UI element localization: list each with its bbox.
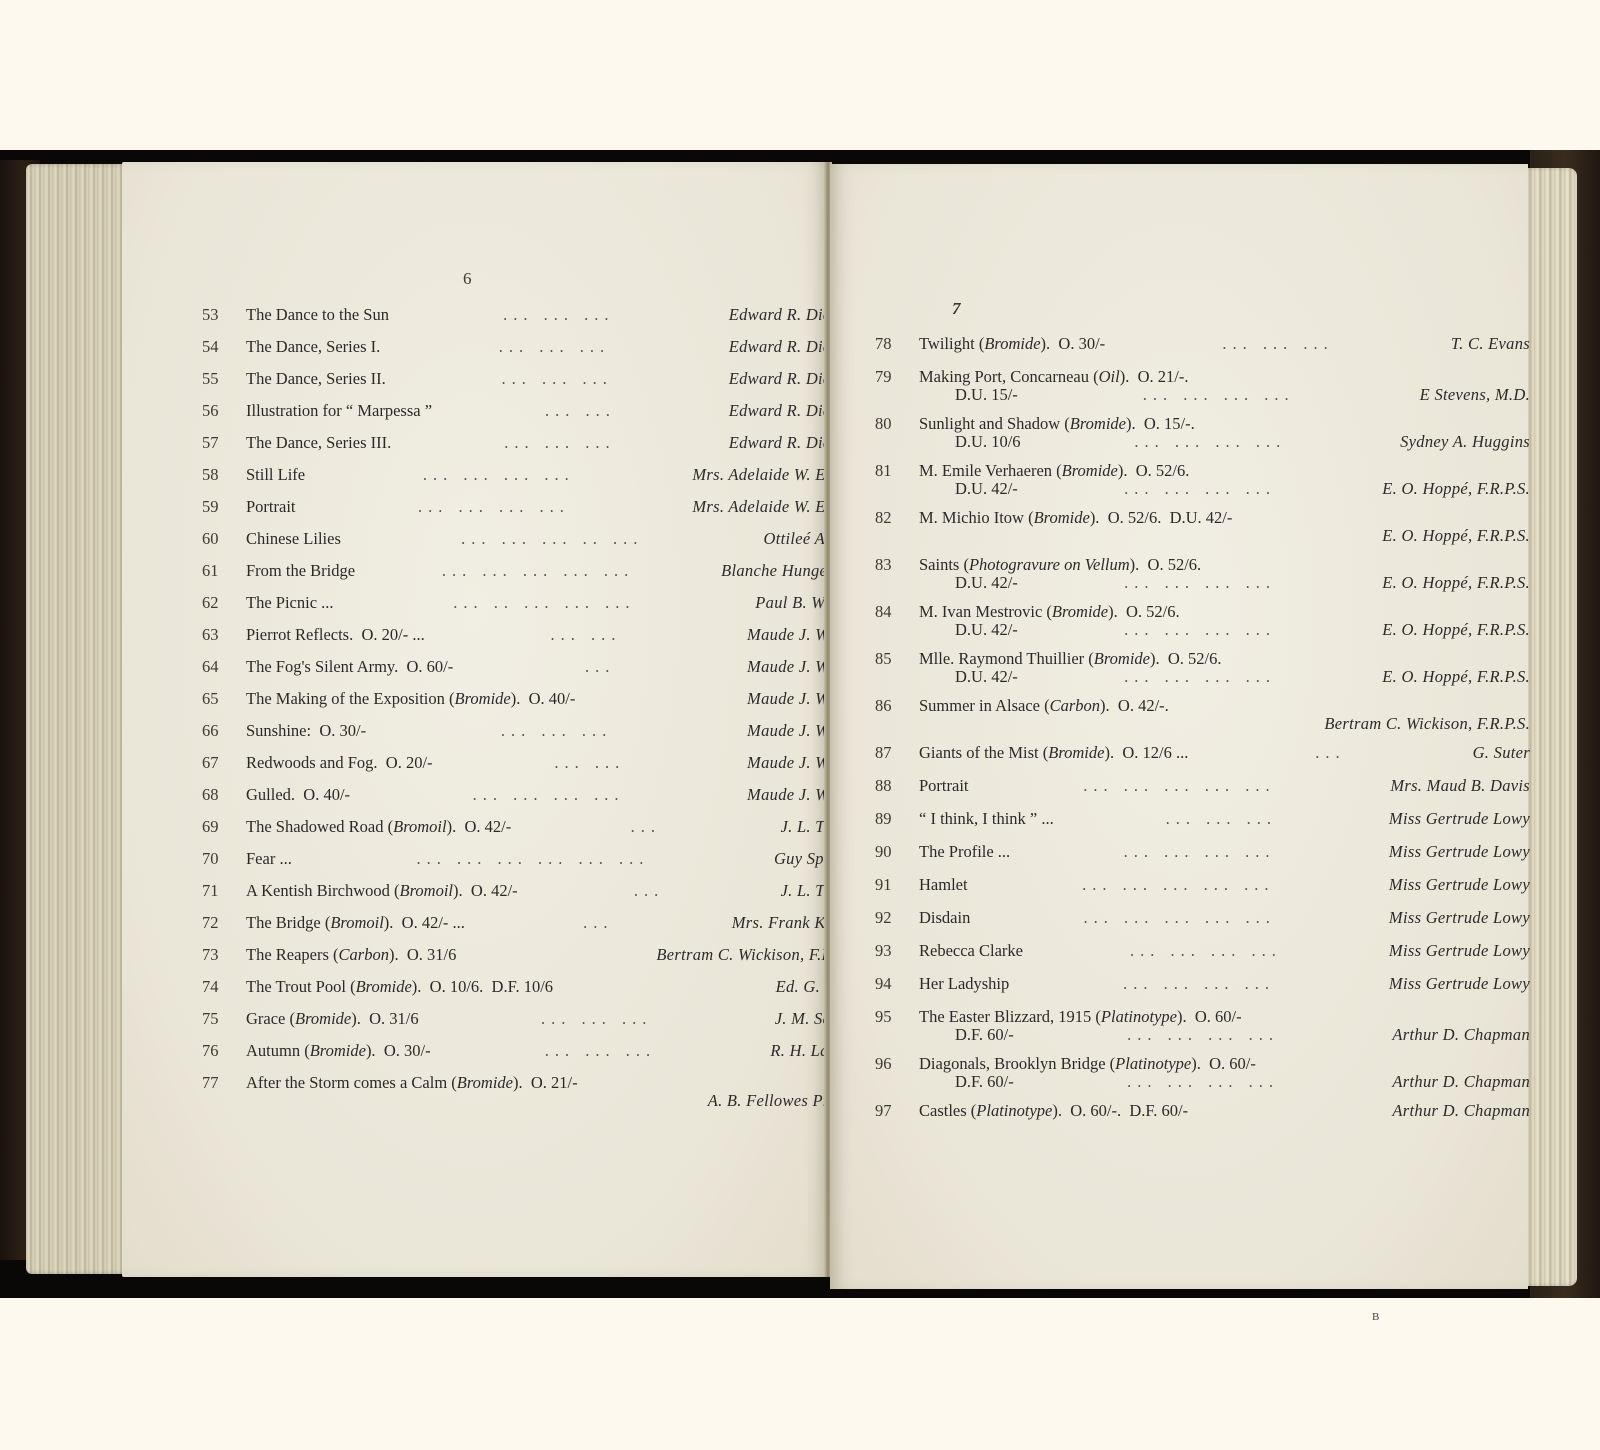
entry-line: The Trout Pool (Bromide). O. 10/6. D.F. …	[202, 977, 862, 997]
entry-title: Pierrot Reflects. O. 20/- ...	[246, 625, 425, 645]
entry-price: O. 40/-	[295, 785, 350, 804]
entry-author: E. O. Hoppé, F.R.P.S.	[1382, 573, 1530, 593]
entry-line: M. Ivan Mestrovic (Bromide). O. 52/6.	[875, 602, 1530, 622]
entry-author: E. O. Hoppé, F.R.P.S.	[1382, 667, 1530, 687]
entry-title: The Dance to the Sun	[246, 305, 389, 325]
catalogue-entry: 92 Disdain ... ... ... ... ... Miss Gert…	[875, 908, 1530, 928]
entry-price-secondary: D.U. 42/-	[955, 667, 1018, 687]
entry-title: The Easter Blizzard, 1915 (Platinotype).…	[919, 1007, 1242, 1027]
dot-leader: ... ... ... ...	[1023, 941, 1389, 961]
catalogue-entry: 86 Summer in Alsace (Carbon). O. 42/-. B…	[875, 696, 1530, 734]
entry-author: E Stevens, M.D.	[1420, 385, 1530, 405]
entry-title: The Fog's Silent Army. O. 60/-	[246, 657, 453, 677]
entry-price: O. 40/-	[520, 689, 575, 708]
dot-leader: ... ... ... ...	[1021, 432, 1401, 452]
catalogue-entry: 68 Gulled. O. 40/- ... ... ... ... Maude…	[202, 785, 862, 805]
entry-number: 85	[875, 649, 905, 669]
entry-price: O. 31/6	[361, 1009, 419, 1028]
catalogue-entry: 72 The Bridge (Bromoil). O. 42/- ... ...…	[202, 913, 862, 933]
dot-leader: ... ... ...	[389, 305, 729, 325]
entry-medium: Carbon	[1050, 696, 1100, 715]
catalogue-entry: 76 Autumn (Bromide). O. 30/- ... ... ...…	[202, 1041, 862, 1061]
entry-medium: Bromide	[1062, 461, 1118, 480]
dot-leader: ... ... ...	[1105, 334, 1451, 354]
dot-leader: ... ... ...	[380, 337, 729, 357]
entry-price-secondary: D.F. 60/-	[955, 1025, 1014, 1045]
entry-price: O. 42/-.	[1110, 696, 1169, 715]
entry-author: Arthur D. Chapman	[1392, 1101, 1530, 1121]
entry-medium: Carbon	[339, 945, 389, 964]
page-number: 7	[952, 299, 961, 319]
entry-number: 68	[202, 785, 232, 805]
entry-author: Miss Gertrude Lowy	[1389, 809, 1530, 829]
entry-medium: Bromide	[455, 689, 511, 708]
dot-leader: ...	[1188, 743, 1472, 763]
entry-price: O. 52/6.	[1128, 461, 1190, 480]
catalogue-entry: 54 The Dance, Series I. ... ... ... Edwa…	[202, 337, 862, 357]
entry-line-continuation: D.U. 15/- ... ... ... ... E Stevens, M.D…	[875, 385, 1530, 405]
entry-number: 86	[875, 696, 905, 716]
entry-number: 60	[202, 529, 232, 549]
entry-title: The Bridge (Bromoil). O. 42/- ...	[246, 913, 465, 933]
entry-title: Still Life	[246, 465, 305, 485]
entry-line-continuation: Bertram C. Wickison, F.R.P.S.	[875, 714, 1530, 734]
entry-price: O. 20/-	[378, 753, 433, 772]
entry-price: O. 42/- ...	[393, 913, 465, 932]
dot-leader: ...	[453, 657, 747, 677]
entry-title: A Kentish Birchwood (Bromoil). O. 42/-	[246, 881, 518, 901]
entry-title: The Making of the Exposition (Bromide). …	[246, 689, 575, 709]
catalogue-entry: 63 Pierrot Reflects. O. 20/- ... ... ...…	[202, 625, 862, 645]
catalogue-list: 78 Twilight (Bromide). O. 30/- ... ... .…	[875, 334, 1530, 1134]
entry-price: O. 60/-	[398, 657, 453, 676]
entry-number: 63	[202, 625, 232, 645]
entry-line: Hamlet ... ... ... ... ... Miss Gertrude…	[875, 875, 1530, 895]
catalogue-entry: 74 The Trout Pool (Bromide). O. 10/6. D.…	[202, 977, 862, 997]
dot-leader: ... ... ... ...	[1018, 620, 1382, 640]
entry-number: 91	[875, 875, 905, 895]
catalogue-entry: 56 Illustration for “ Marpessa ” ... ...…	[202, 401, 862, 421]
catalogue-entry: 79 Making Port, Concarneau (Oil). O. 21/…	[875, 367, 1530, 405]
dot-leader: ... ... ...	[1054, 809, 1389, 829]
dot-leader: ... ... ... ...	[350, 785, 747, 805]
catalogue-entry: 77 After the Storm comes a Calm (Bromide…	[202, 1073, 862, 1111]
entry-line: After the Storm comes a Calm (Bromide). …	[202, 1073, 862, 1093]
entry-medium: Bromide	[1094, 649, 1150, 668]
entry-line: Chinese Lilies ... ... ... .. ... Ottile…	[202, 529, 862, 549]
entry-author: E. O. Hoppé, F.R.P.S.	[1382, 479, 1530, 499]
entry-line-continuation: D.U. 10/6 ... ... ... ... Sydney A. Hugg…	[875, 432, 1530, 452]
entry-line: The Making of the Exposition (Bromide). …	[202, 689, 862, 709]
entry-number: 74	[202, 977, 232, 997]
entry-price: O. 60/-. D.F. 60/-	[1062, 1101, 1188, 1120]
catalogue-entry: 59 Portrait ... ... ... ... Mrs. Adelaid…	[202, 497, 862, 517]
entry-title: M. Emile Verhaeren (Bromide). O. 52/6.	[919, 461, 1189, 481]
catalogue-entry: 69 The Shadowed Road (Bromoil). O. 42/- …	[202, 817, 862, 837]
entry-number: 73	[202, 945, 232, 965]
entry-title: Her Ladyship	[919, 974, 1009, 994]
entry-line: Autumn (Bromide). O. 30/- ... ... ... R.…	[202, 1041, 862, 1061]
entry-line: Portrait ... ... ... ... ... Mrs. Maud B…	[875, 776, 1530, 796]
entry-number: 64	[202, 657, 232, 677]
entry-line: Making Port, Concarneau (Oil). O. 21/-.	[875, 367, 1530, 387]
right-page: 7 78 Twilight (Bromide). O. 30/- ... ...…	[830, 164, 1528, 1289]
entry-author: Miss Gertrude Lowy	[1389, 941, 1530, 961]
entry-price: O. 42/-	[456, 817, 511, 836]
entry-line: Pierrot Reflects. O. 20/- ... ... ... Ma…	[202, 625, 862, 645]
catalogue-entry: 73 The Reapers (Carbon). O. 31/6 Bertram…	[202, 945, 862, 965]
dot-leader: ...	[511, 817, 780, 837]
catalogue-entry: 80 Sunlight and Shadow (Bromide). O. 15/…	[875, 414, 1530, 452]
entry-price-secondary: D.U. 15/-	[955, 385, 1018, 405]
entry-price: O. 52/6.	[1118, 602, 1180, 621]
entry-title: Castles (Platinotype). O. 60/-. D.F. 60/…	[919, 1101, 1188, 1121]
catalogue-entry: 94 Her Ladyship ... ... ... ... Miss Ger…	[875, 974, 1530, 994]
dot-leader: ... ... ... ... ...	[968, 875, 1389, 895]
entry-medium: Oil	[1099, 367, 1120, 386]
entry-line: Fear ... ... ... ... ... ... ... Guy Spe…	[202, 849, 862, 869]
dot-leader: ... ... ... ...	[305, 465, 692, 485]
entry-number: 53	[202, 305, 232, 325]
entry-line: From the Bridge ... ... ... ... ... Blan…	[202, 561, 862, 581]
dot-leader: ... ... ...	[431, 1041, 771, 1061]
entry-number: 72	[202, 913, 232, 933]
entry-number: 78	[875, 334, 905, 354]
entry-number: 55	[202, 369, 232, 389]
catalogue-entry: 96 Diagonals, Brooklyn Bridge (Platinoty…	[875, 1054, 1530, 1092]
entry-title: The Dance, Series II.	[246, 369, 386, 389]
signature-mark: B	[1372, 1311, 1379, 1323]
entry-title: Summer in Alsace (Carbon). O. 42/-.	[919, 696, 1169, 716]
entry-medium: Bromoil	[393, 817, 446, 836]
entry-author: G. Suter	[1473, 743, 1530, 763]
entry-line: The Dance, Series III. ... ... ... Edwar…	[202, 433, 862, 453]
entry-title: The Dance, Series III.	[246, 433, 391, 453]
catalogue-entry: 93 Rebecca Clarke ... ... ... ... Miss G…	[875, 941, 1530, 961]
catalogue-entry: 88 Portrait ... ... ... ... ... Mrs. Mau…	[875, 776, 1530, 796]
entry-line-continuation: D.U. 42/- ... ... ... ... E. O. Hoppé, F…	[875, 479, 1530, 499]
dot-leader: ... ...	[433, 753, 748, 773]
catalogue-entry: 55 The Dance, Series II. ... ... ... Edw…	[202, 369, 862, 389]
entry-medium: Platinotype	[976, 1101, 1052, 1120]
entry-author: Arthur D. Chapman	[1392, 1072, 1530, 1092]
entry-line: Still Life ... ... ... ... Mrs. Adelaide…	[202, 465, 862, 485]
entry-line: The Dance, Series II. ... ... ... Edward…	[202, 369, 862, 389]
entry-number: 94	[875, 974, 905, 994]
entry-price: O. 60/-	[1201, 1054, 1256, 1073]
page-edges-right	[1525, 168, 1577, 1286]
entry-price: O. 52/6. D.U. 42/-	[1099, 508, 1232, 527]
entry-number: 65	[202, 689, 232, 709]
catalogue-entry: 78 Twilight (Bromide). O. 30/- ... ... .…	[875, 334, 1530, 354]
catalogue-entry: 65 The Making of the Exposition (Bromide…	[202, 689, 862, 709]
entry-number: 90	[875, 842, 905, 862]
entry-title: Mlle. Raymond Thuillier (Bromide). O. 52…	[919, 649, 1221, 669]
catalogue-entry: 87 Giants of the Mist (Bromide). O. 12/6…	[875, 743, 1530, 763]
entry-line: Castles (Platinotype). O. 60/-. D.F. 60/…	[875, 1101, 1530, 1121]
dot-leader: ... ... ... ...	[1018, 667, 1382, 687]
catalogue-entry: 82 M. Michio Itow (Bromide). O. 52/6. D.…	[875, 508, 1530, 546]
entry-title: Illustration for “ Marpessa ”	[246, 401, 432, 421]
entry-number: 96	[875, 1054, 905, 1074]
entry-author: T. C. Evans	[1451, 334, 1530, 354]
entry-line: Redwoods and Fog. O. 20/- ... ... Maude …	[202, 753, 862, 773]
entry-line: Mlle. Raymond Thuillier (Bromide). O. 52…	[875, 649, 1530, 669]
entry-line: Sunlight and Shadow (Bromide). O. 15/-.	[875, 414, 1530, 434]
dot-leader: ... ... ...	[391, 433, 729, 453]
catalogue-entry: 67 Redwoods and Fog. O. 20/- ... ... Mau…	[202, 753, 862, 773]
entry-line: Twilight (Bromide). O. 30/- ... ... ... …	[875, 334, 1530, 354]
dot-leader: ... ... ...	[419, 1009, 775, 1029]
catalogue-entry: 61 From the Bridge ... ... ... ... ... B…	[202, 561, 862, 581]
entry-medium: Bromoil	[330, 913, 383, 932]
catalogue-entry: 71 A Kentish Birchwood (Bromoil). O. 42/…	[202, 881, 862, 901]
entry-line: Her Ladyship ... ... ... ... Miss Gertru…	[875, 974, 1530, 994]
entry-medium: Bromide	[295, 1009, 351, 1028]
entry-number: 93	[875, 941, 905, 961]
catalogue-entry: 60 Chinese Lilies ... ... ... .. ... Ott…	[202, 529, 862, 549]
entry-line: Saints (Photogravure on Vellum). O. 52/6…	[875, 555, 1530, 575]
entry-line-continuation: D.U. 42/- ... ... ... ... E. O. Hoppé, F…	[875, 620, 1530, 640]
entry-line: The Shadowed Road (Bromoil). O. 42/- ...…	[202, 817, 862, 837]
entry-title: The Reapers (Carbon). O. 31/6	[246, 945, 456, 965]
entry-author: Miss Gertrude Lowy	[1389, 875, 1530, 895]
entry-line: The Dance to the Sun ... ... ... Edward …	[202, 305, 862, 325]
entry-author: Miss Gertrude Lowy	[1389, 842, 1530, 862]
catalogue-entry: 58 Still Life ... ... ... ... Mrs. Adela…	[202, 465, 862, 485]
entry-medium: Photogravure on Vellum	[969, 555, 1130, 574]
entry-line: Gulled. O. 40/- ... ... ... ... Maude J.…	[202, 785, 862, 805]
entry-line: The Bridge (Bromoil). O. 42/- ... ... Mr…	[202, 913, 862, 933]
page-number: 6	[463, 269, 472, 289]
dot-leader: ...	[518, 881, 781, 901]
catalogue-entry: 53 The Dance to the Sun ... ... ... Edwa…	[202, 305, 862, 325]
catalogue-entry: 97 Castles (Platinotype). O. 60/-. D.F. …	[875, 1101, 1530, 1121]
entry-line: Illustration for “ Marpessa ” ... ... Ed…	[202, 401, 862, 421]
entry-line: Portrait ... ... ... ... Mrs. Adelaide W…	[202, 497, 862, 517]
dot-leader: ... ...	[425, 625, 747, 645]
entry-title: The Dance, Series I.	[246, 337, 380, 357]
entry-line: Summer in Alsace (Carbon). O. 42/-.	[875, 696, 1530, 716]
entry-line: The Fog's Silent Army. O. 60/- ... Maude…	[202, 657, 862, 677]
entry-title: Gulled. O. 40/-	[246, 785, 350, 805]
entry-price-secondary: D.U. 10/6	[955, 432, 1021, 452]
entry-author: Arthur D. Chapman	[1392, 1025, 1530, 1045]
entry-title: Portrait	[246, 497, 296, 517]
open-book: 6 53 The Dance to the Sun ... ... ... Ed…	[0, 150, 1600, 1298]
entry-author: Bertram C. Wickison, F.R.P.S.	[1324, 714, 1530, 734]
entry-number: 66	[202, 721, 232, 741]
catalogue-entry: 84 M. Ivan Mestrovic (Bromide). O. 52/6.…	[875, 602, 1530, 640]
catalogue-entry: 70 Fear ... ... ... ... ... ... ... Guy …	[202, 849, 862, 869]
entry-price: O. 10/6. D.F. 10/6	[421, 977, 553, 996]
entry-title: Redwoods and Fog. O. 20/-	[246, 753, 433, 773]
entry-medium: Platinotype	[1115, 1054, 1191, 1073]
entry-author: E. O. Hoppé, F.R.P.S.	[1382, 526, 1530, 546]
entry-title: Making Port, Concarneau (Oil). O. 21/-.	[919, 367, 1188, 387]
entry-medium: Bromide	[984, 334, 1040, 353]
page-edges-left	[26, 164, 126, 1274]
entry-title: M. Ivan Mestrovic (Bromide). O. 52/6.	[919, 602, 1180, 622]
entry-line-continuation: D.F. 60/- ... ... ... ... Arthur D. Chap…	[875, 1072, 1530, 1092]
entry-price: O. 15/-.	[1136, 414, 1195, 433]
entry-number: 84	[875, 602, 905, 622]
entry-price: O. 60/-	[1187, 1007, 1242, 1026]
entry-price: O. 21/-.	[1129, 367, 1188, 386]
entry-price: O. 12/6 ...	[1114, 743, 1188, 762]
entry-title: Grace (Bromide). O. 31/6	[246, 1009, 419, 1029]
catalogue-entry: 57 The Dance, Series III. ... ... ... Ed…	[202, 433, 862, 453]
entry-number: 57	[202, 433, 232, 453]
entry-number: 80	[875, 414, 905, 434]
dot-leader: ... ... ... ...	[1018, 385, 1420, 405]
entry-price: O. 30/-	[311, 721, 366, 740]
entry-number: 75	[202, 1009, 232, 1029]
catalogue-entry: 64 The Fog's Silent Army. O. 60/- ... Ma…	[202, 657, 862, 677]
entry-author: Miss Gertrude Lowy	[1389, 974, 1530, 994]
entry-title: Hamlet	[919, 875, 968, 895]
dot-leader: ... ... ... ...	[1018, 573, 1382, 593]
entry-number: 71	[202, 881, 232, 901]
entry-number: 89	[875, 809, 905, 829]
entry-price: O. 42/-	[463, 881, 518, 900]
entry-title: From the Bridge	[246, 561, 355, 581]
entry-title: Fear ...	[246, 849, 292, 869]
entry-line: A Kentish Birchwood (Bromoil). O. 42/- .…	[202, 881, 862, 901]
dot-leader: ... ... ... ... ...	[355, 561, 721, 581]
entry-title: Disdain	[919, 908, 970, 928]
entry-title: After the Storm comes a Calm (Bromide). …	[246, 1073, 578, 1093]
entry-line: The Reapers (Carbon). O. 31/6 Bertram C.…	[202, 945, 862, 965]
dot-leader: ... ...	[432, 401, 729, 421]
entry-title: Saints (Photogravure on Vellum). O. 52/6…	[919, 555, 1201, 575]
entry-price: O. 52/6.	[1160, 649, 1222, 668]
catalogue-entry: 85 Mlle. Raymond Thuillier (Bromide). O.…	[875, 649, 1530, 687]
catalogue-list: 53 The Dance to the Sun ... ... ... Edwa…	[202, 305, 862, 1123]
entry-number: 69	[202, 817, 232, 837]
dot-leader: ... .. ... ... ...	[334, 593, 756, 613]
entry-number: 62	[202, 593, 232, 613]
entry-number: 70	[202, 849, 232, 869]
entry-title: “ I think, I think ” ...	[919, 809, 1054, 829]
dot-leader: ... ... ... ...	[1010, 842, 1389, 862]
entry-line: The Dance, Series I. ... ... ... Edward …	[202, 337, 862, 357]
entry-number: 83	[875, 555, 905, 575]
entry-number: 82	[875, 508, 905, 528]
catalogue-entry: 91 Hamlet ... ... ... ... ... Miss Gertr…	[875, 875, 1530, 895]
entry-line-continuation: E. O. Hoppé, F.R.P.S.	[875, 526, 1530, 546]
entry-title: Portrait	[919, 776, 969, 796]
entry-price: O. 52/6.	[1139, 555, 1201, 574]
entry-title: The Picnic ...	[246, 593, 334, 613]
entry-medium: Bromoil	[400, 881, 453, 900]
entry-line-continuation: D.F. 60/- ... ... ... ... Arthur D. Chap…	[875, 1025, 1530, 1045]
entry-price-secondary: D.U. 42/-	[955, 620, 1018, 640]
catalogue-entry: 83 Saints (Photogravure on Vellum). O. 5…	[875, 555, 1530, 593]
dot-leader: ... ... ... ...	[1014, 1025, 1393, 1045]
entry-line: M. Michio Itow (Bromide). O. 52/6. D.U. …	[875, 508, 1530, 528]
entry-number: 95	[875, 1007, 905, 1027]
entry-title: Sunlight and Shadow (Bromide). O. 15/-.	[919, 414, 1195, 434]
entry-title: M. Michio Itow (Bromide). O. 52/6. D.U. …	[919, 508, 1232, 528]
entry-number: 56	[202, 401, 232, 421]
entry-medium: Bromide	[1048, 743, 1104, 762]
entry-medium: Bromide	[1052, 602, 1108, 621]
entry-line: The Profile ... ... ... ... ... Miss Ger…	[875, 842, 1530, 862]
dot-leader: ... ... ... ... ...	[970, 908, 1389, 928]
entry-price: O. 21/-	[523, 1073, 578, 1092]
entry-title: Sunshine: O. 30/-	[246, 721, 366, 741]
entry-line: Rebecca Clarke ... ... ... ... Miss Gert…	[875, 941, 1530, 961]
entry-number: 61	[202, 561, 232, 581]
entry-author: Miss Gertrude Lowy	[1389, 908, 1530, 928]
entry-medium: Bromide	[457, 1073, 513, 1092]
entry-number: 87	[875, 743, 905, 763]
entry-price: O. 20/- ...	[353, 625, 425, 644]
dot-leader: ... ... ... ...	[1018, 479, 1382, 499]
entry-number: 81	[875, 461, 905, 481]
entry-line: Grace (Bromide). O. 31/6 ... ... ... J. …	[202, 1009, 862, 1029]
dot-leader: ... ... ... .. ...	[341, 529, 764, 549]
entry-number: 54	[202, 337, 232, 357]
catalogue-entry: 89 “ I think, I think ” ... ... ... ... …	[875, 809, 1530, 829]
entry-title: Twilight (Bromide). O. 30/-	[919, 334, 1105, 354]
entry-title: The Profile ...	[919, 842, 1010, 862]
entry-number: 58	[202, 465, 232, 485]
entry-line-continuation: A. B. Fellowes Prynne	[202, 1091, 862, 1111]
dot-leader: ... ... ... ...	[1009, 974, 1389, 994]
entry-line: Diagonals, Brooklyn Bridge (Platinotype)…	[875, 1054, 1530, 1074]
entry-line: The Easter Blizzard, 1915 (Platinotype).…	[875, 1007, 1530, 1027]
entry-line: Sunshine: O. 30/- ... ... ... Maude J. W…	[202, 721, 862, 741]
entry-number: 88	[875, 776, 905, 796]
entry-line: “ I think, I think ” ... ... ... ... Mis…	[875, 809, 1530, 829]
entry-number: 67	[202, 753, 232, 773]
entry-price-secondary: D.U. 42/-	[955, 479, 1018, 499]
entry-author: E. O. Hoppé, F.R.P.S.	[1382, 620, 1530, 640]
entry-title: Chinese Lilies	[246, 529, 341, 549]
entry-price-secondary: D.F. 60/-	[955, 1072, 1014, 1092]
dot-leader: ... ... ...	[386, 369, 729, 389]
entry-number: 59	[202, 497, 232, 517]
entry-medium: Bromide	[1034, 508, 1090, 527]
entry-line: Disdain ... ... ... ... ... Miss Gertrud…	[875, 908, 1530, 928]
dot-leader: ... ... ...	[366, 721, 747, 741]
entry-medium: Bromide	[356, 977, 412, 996]
catalogue-entry: 62 The Picnic ... ... .. ... ... ... Pau…	[202, 593, 862, 613]
entry-medium: Platinotype	[1101, 1007, 1177, 1026]
entry-title: The Trout Pool (Bromide). O. 10/6. D.F. …	[246, 977, 553, 997]
catalogue-entry: 75 Grace (Bromide). O. 31/6 ... ... ... …	[202, 1009, 862, 1029]
catalogue-entry: 66 Sunshine: O. 30/- ... ... ... Maude J…	[202, 721, 862, 741]
catalogue-entry: 95 The Easter Blizzard, 1915 (Platinotyp…	[875, 1007, 1530, 1045]
entry-medium: Bromide	[1070, 414, 1126, 433]
entry-line: M. Emile Verhaeren (Bromide). O. 52/6.	[875, 461, 1530, 481]
entry-number: 79	[875, 367, 905, 387]
dot-leader: ... ... ... ...	[1014, 1072, 1393, 1092]
entry-number: 92	[875, 908, 905, 928]
dot-leader: ... ... ... ... ... ...	[292, 849, 774, 869]
entry-medium: Bromide	[310, 1041, 366, 1060]
entry-number: 97	[875, 1101, 905, 1121]
entry-price: O. 30/-	[376, 1041, 431, 1060]
entry-title: Autumn (Bromide). O. 30/-	[246, 1041, 431, 1061]
entry-title: The Shadowed Road (Bromoil). O. 42/-	[246, 817, 511, 837]
entry-line: The Picnic ... ... .. ... ... ... Paul B…	[202, 593, 862, 613]
catalogue-entry: 81 M. Emile Verhaeren (Bromide). O. 52/6…	[875, 461, 1530, 499]
entry-line-continuation: D.U. 42/- ... ... ... ... E. O. Hoppé, F…	[875, 573, 1530, 593]
entry-line-continuation: D.U. 42/- ... ... ... ... E. O. Hoppé, F…	[875, 667, 1530, 687]
